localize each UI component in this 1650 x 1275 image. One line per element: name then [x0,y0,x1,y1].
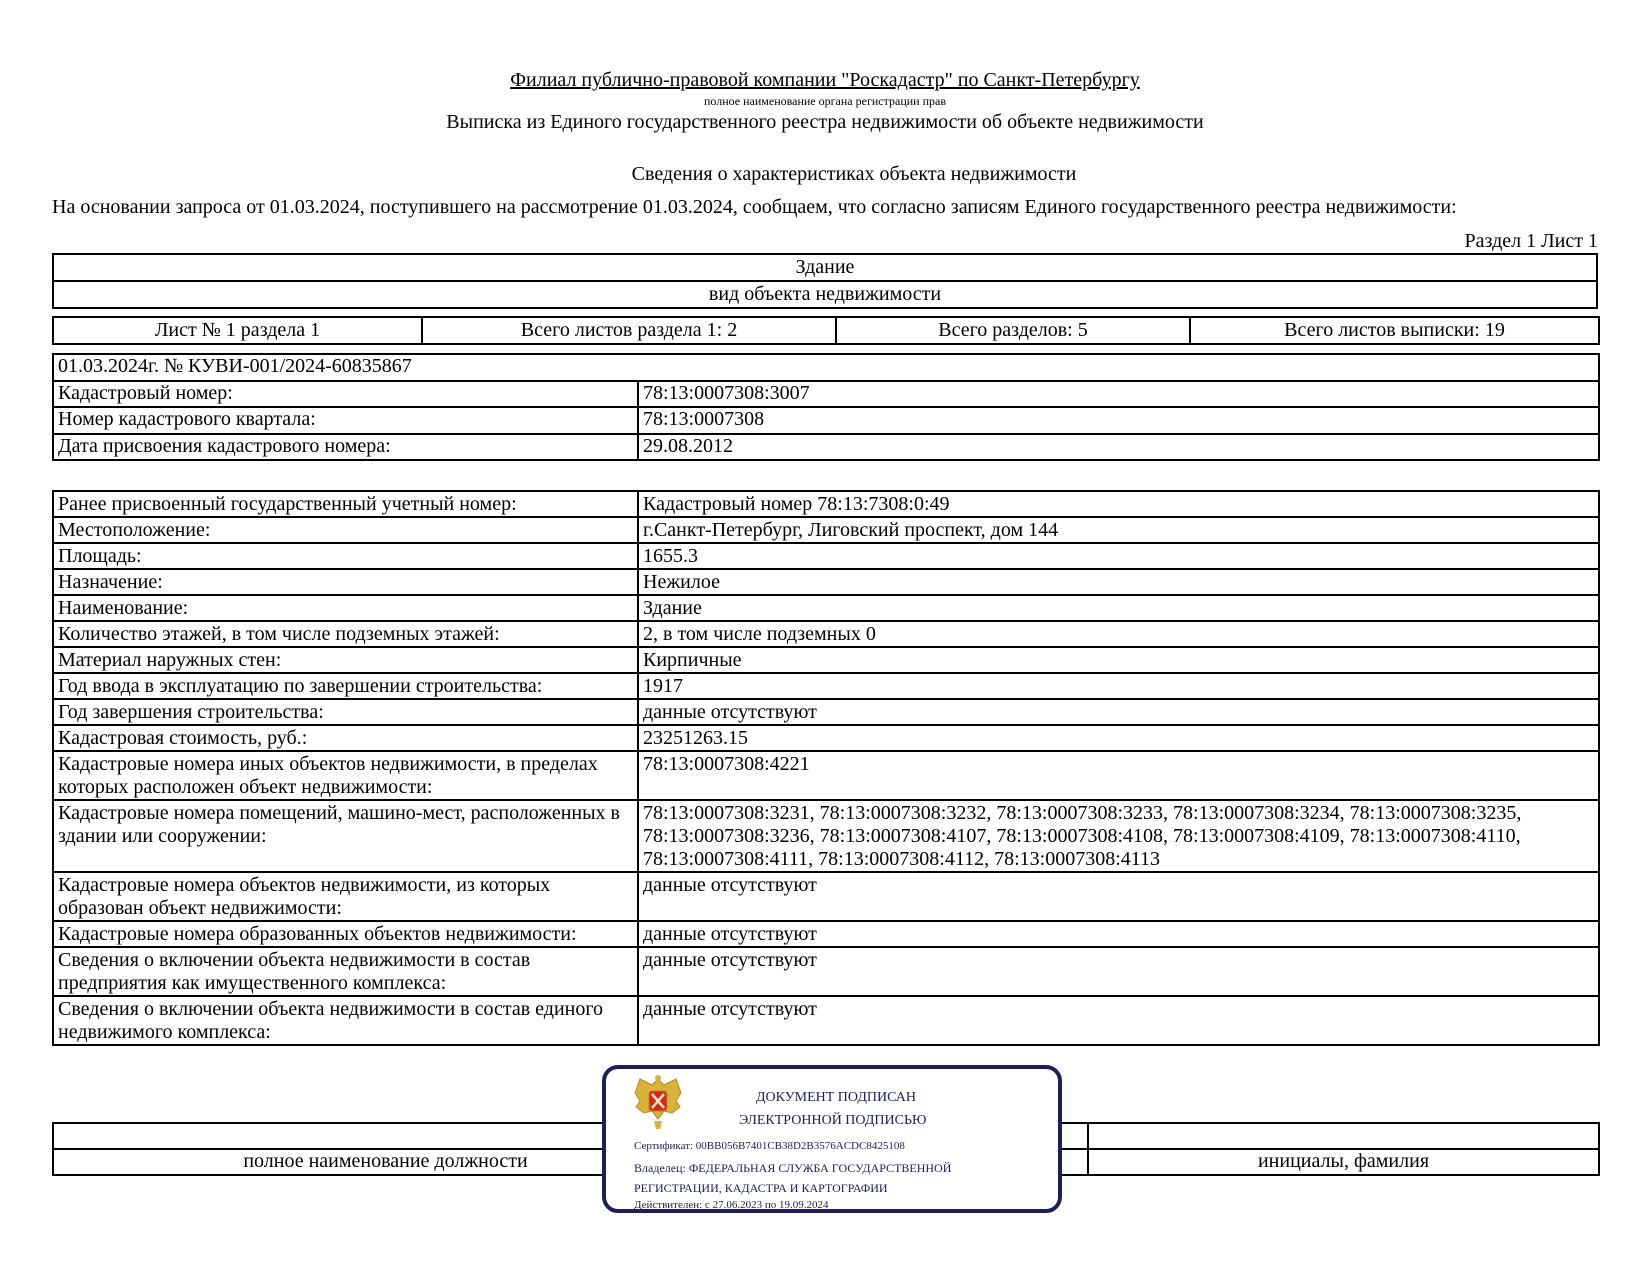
row-value: 1917 [638,673,1599,699]
row-label: Местоположение: [53,517,638,543]
row-label: Количество этажей, в том числе подземных… [53,621,638,647]
organization-caption: полное наименование органа регистрации п… [0,94,1650,109]
row-label: Дата присвоения кадастрового номера: [53,434,638,461]
row-label: Сведения о включении объекта недвижимост… [53,996,638,1045]
row-value: Нежилое [638,569,1599,595]
name-field [1088,1123,1599,1149]
stamp-owner-line2: РЕГИСТРАЦИИ, КАДАСТРА И КАРТОГРАФИИ [634,1181,888,1196]
row-value: 78:13:0007308:4221 [638,751,1599,800]
section-title: Сведения о характеристиках объекта недви… [0,163,1650,186]
row-value: Кадастровый номер 78:13:7308:0:49 [638,491,1599,517]
row-label: Кадастровая стоимость, руб.: [53,725,638,751]
row-value: данные отсутствуют [638,996,1599,1045]
row-value: данные отсутствуют [638,872,1599,921]
row-value: 78:13:0007308:3231, 78:13:0007308:3232, … [638,800,1599,872]
table-row: Номер кадастрового квартала: 78:13:00073… [53,407,1599,434]
table-row: Местоположение:г.Санкт-Петербург, Лиговс… [53,517,1599,543]
table-row: Год ввода в эксплуатацию по завершении с… [53,673,1599,699]
row-label: Материал наружных стен: [53,647,638,673]
row-value: 23251263.15 [638,725,1599,751]
row-label: Год ввода в эксплуатацию по завершении с… [53,673,638,699]
row-label: Кадастровый номер: [53,381,638,408]
coat-of-arms-icon [632,1073,684,1131]
row-label: Ранее присвоенный государственный учетны… [53,491,638,517]
total-sections: Всего разделов: 5 [836,317,1190,344]
table-row: Кадастровые номера иных объектов недвижи… [53,751,1599,800]
row-value: 78:13:0007308 [638,407,1599,434]
table-row: Площадь:1655.3 [53,543,1599,569]
row-value: г.Санкт-Петербург, Лиговский проспект, д… [638,517,1599,543]
request-statement: На основании запроса от 01.03.2024, пост… [52,196,1457,219]
row-value: Здание [638,595,1599,621]
row-value: 2, в том числе подземных 0 [638,621,1599,647]
row-value: 78:13:0007308:3007 [638,381,1599,408]
table-row: Кадастровые номера помещений, машино-мес… [53,800,1599,872]
row-label: Кадастровые номера образованных объектов… [53,921,638,947]
table-row: Кадастровые номера образованных объектов… [53,921,1599,947]
info-table: 01.03.2024г. № КУВИ-001/2024-60835867 Ка… [52,353,1600,461]
row-label: Сведения о включении объекта недвижимост… [53,947,638,996]
electronic-signature-stamp: ДОКУМЕНТ ПОДПИСАН ЭЛЕКТРОННОЙ ПОДПИСЬЮ С… [602,1065,1062,1213]
table-row: Дата присвоения кадастрового номера: 29.… [53,434,1599,461]
object-type-caption: вид объекта недвижимости [53,281,1597,308]
table-row: Сведения о включении объекта недвижимост… [53,947,1599,996]
row-value: данные отсутствуют [638,921,1599,947]
row-value: данные отсутствуют [638,699,1599,725]
table-row: Кадастровый номер: 78:13:0007308:3007 [53,381,1599,408]
stamp-owner-line1: Владелец: ФЕДЕРАЛЬНАЯ СЛУЖБА ГОСУДАРСТВЕ… [634,1161,951,1176]
row-label: Кадастровые номера иных объектов недвижи… [53,751,638,800]
row-label: Номер кадастрового квартала: [53,407,638,434]
organization-name: Филиал публично-правовой компании "Роска… [0,69,1650,92]
table-row: Ранее присвоенный государственный учетны… [53,491,1599,517]
row-label: Наименование: [53,595,638,621]
sheet-number: Лист № 1 раздела 1 [53,317,422,344]
row-label: Назначение: [53,569,638,595]
section-sheet-label: Раздел 1 Лист 1 [1465,230,1598,253]
table-row: Кадастровые номера объектов недвижимости… [53,872,1599,921]
row-label: Площадь: [53,543,638,569]
object-type-value: Здание [53,254,1597,281]
stamp-title-line1: ДОКУМЕНТ ПОДПИСАН [756,1090,916,1106]
document-number: 01.03.2024г. № КУВИ-001/2024-60835867 [53,354,1599,381]
stamp-title-line2: ЭЛЕКТРОННОЙ ПОДПИСЬЮ [739,1113,926,1129]
position-caption-text: полное наименование должности [243,1150,527,1173]
table-row: Сведения о включении объекта недвижимост… [53,996,1599,1045]
object-type-table: Здание вид объекта недвижимости [52,253,1598,309]
row-value: данные отсутствуют [638,947,1599,996]
row-label: Кадастровые номера помещений, машино-мес… [53,800,638,872]
total-extract-sheets: Всего листов выписки: 19 [1190,317,1599,344]
sheets-table: Лист № 1 раздела 1 Всего листов раздела … [52,316,1600,345]
characteristics-table: Ранее присвоенный государственный учетны… [52,490,1600,1046]
table-row: Год завершения строительства:данные отсу… [53,699,1599,725]
table-row: Количество этажей, в том числе подземных… [53,621,1599,647]
table-row: Назначение:Нежилое [53,569,1599,595]
row-label: Год завершения строительства: [53,699,638,725]
name-caption: инициалы, фамилия [1088,1149,1599,1175]
table-row: Наименование:Здание [53,595,1599,621]
table-row: Материал наружных стен:Кирпичные [53,647,1599,673]
row-label: Кадастровые номера объектов недвижимости… [53,872,638,921]
row-value: 1655.3 [638,543,1599,569]
table-row: Кадастровая стоимость, руб.:23251263.15 [53,725,1599,751]
total-section-sheets: Всего листов раздела 1: 2 [422,317,836,344]
document-title: Выписка из Единого государственного реес… [0,111,1650,134]
organization-name-text: Филиал публично-правовой компании "Роска… [510,69,1140,91]
row-value: 29.08.2012 [638,434,1599,461]
stamp-validity: Действителен: с 27.06.2023 по 19.09.2024 [634,1199,828,1211]
stamp-certificate: Сертификат: 00BB056B7401CB38D2B3576ACDC8… [634,1140,905,1152]
row-value: Кирпичные [638,647,1599,673]
